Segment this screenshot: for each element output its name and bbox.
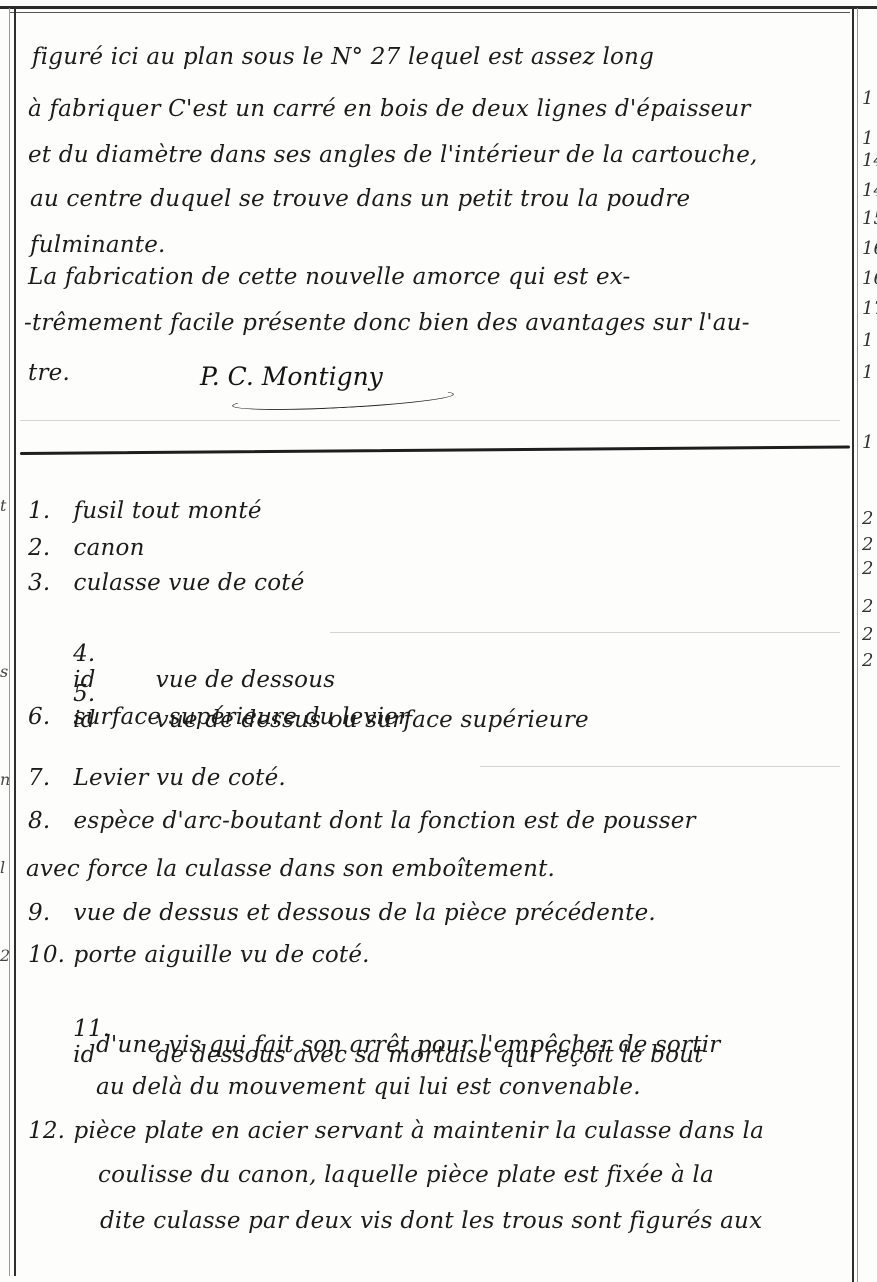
legend-item-text: canon: [74, 535, 145, 561]
manuscript-page: figuré ici au plan sous le N° 27 lequel …: [0, 0, 877, 1282]
text-line: fulminante.: [30, 232, 166, 258]
text-line: tre.: [28, 360, 70, 386]
margin-fragment: 15: [862, 208, 877, 229]
legend-item-continuation: dite culasse par deux vis dont les trous…: [100, 1208, 762, 1234]
text-line: -trêmement facile présente donc bien des…: [24, 310, 750, 336]
legend-item-number: 8.: [28, 808, 66, 834]
text-line: et du diamètre dans ses angles de l'inté…: [28, 142, 758, 168]
legend-item-number: 2.: [28, 535, 66, 561]
legend-item-number: 10.: [28, 942, 66, 968]
guide-line: [480, 766, 840, 767]
legend-item: 6. surface supérieure du levier: [28, 704, 409, 730]
right-margin-rule: [852, 8, 854, 1282]
margin-fragment: l: [0, 858, 10, 877]
legend-item-number: 1.: [28, 498, 66, 524]
legend-item-text: porte aiguille vu de coté.: [74, 942, 370, 968]
right-margin-rule-outer: [857, 8, 858, 1282]
legend-item-text: espèce d'arc-boutant dont la fonction es…: [74, 808, 696, 834]
margin-fragment: 2: [0, 946, 10, 965]
legend-item-text: vue de dessus et dessous de la pièce pré…: [74, 900, 656, 926]
legend-item-number: 3.: [28, 570, 66, 596]
margin-fragment: 1: [862, 88, 877, 109]
margin-fragment: 16: [862, 238, 877, 259]
margin-fragment: 2: [862, 596, 877, 617]
legend-item: 8. espèce d'arc-boutant dont la fonction…: [28, 808, 696, 834]
margin-fragment: 16: [862, 268, 877, 289]
legend-item: 9. vue de dessus et dessous de la pièce …: [28, 900, 656, 926]
legend-item-text: culasse vue de coté: [74, 570, 305, 596]
legend-item-text: fusil tout monté: [74, 498, 262, 524]
margin-fragment: 2: [862, 650, 877, 671]
signature: P. C. Montigny: [200, 362, 383, 391]
legend-item-text: surface supérieure du levier: [74, 704, 410, 730]
legend-item-continuation: avec force la culasse dans son emboîteme…: [26, 856, 555, 882]
legend-item-text: pièce plate en acier servant à maintenir…: [74, 1118, 764, 1144]
legend-item-continuation: au delà du mouvement qui lui est convena…: [96, 1074, 641, 1100]
guide-line: [20, 420, 840, 421]
legend-item: 12. pièce plate en acier servant à maint…: [28, 1118, 764, 1144]
legend-item: 7. Levier vu de coté.: [28, 765, 286, 791]
text-line: La fabrication de cette nouvelle amorce …: [28, 264, 631, 290]
left-margin-rule: [14, 8, 16, 1276]
legend-item: 2. canon: [28, 535, 145, 561]
text-line: figuré ici au plan sous le N° 27 lequel …: [32, 44, 654, 70]
margin-fragment: 2: [862, 624, 877, 645]
margin-fragment: t: [0, 496, 10, 515]
legend-item: 1. fusil tout monté: [28, 498, 262, 524]
margin-fragment: 1: [862, 128, 877, 149]
legend-item-number: 12.: [28, 1118, 66, 1144]
legend-item-text: Levier vu de coté.: [74, 765, 286, 791]
legend-item-number: 6.: [28, 704, 66, 730]
margin-fragment: 1: [862, 432, 877, 453]
legend-item-number: 7.: [28, 765, 66, 791]
margin-fragment: s: [0, 662, 10, 681]
text-line: à fabriquer C'est un carré en bois de de…: [28, 96, 751, 122]
legend-item-number: 9.: [28, 900, 66, 926]
margin-fragment: 2: [862, 534, 877, 555]
legend-item-continuation: coulisse du canon, laquelle pièce plate …: [98, 1162, 714, 1188]
margin-fragment: 14: [862, 150, 877, 171]
margin-fragment: 14.: [862, 180, 877, 201]
left-margin-rule-outer: [9, 8, 10, 1276]
margin-fragment: n: [0, 770, 10, 789]
margin-fragment: 2: [862, 558, 877, 579]
top-border-rule: [0, 6, 877, 9]
legend-item-continuation: d'une vis qui fait son arrêt pour l'empê…: [96, 1032, 720, 1058]
legend-item: 3. culasse vue de coté: [28, 570, 305, 596]
margin-fragment: 2: [862, 508, 877, 529]
guide-line: [330, 632, 840, 633]
margin-fragment: 1: [862, 362, 877, 383]
legend-item: 10. porte aiguille vu de coté.: [28, 942, 370, 968]
top-border-rule-inner: [10, 12, 850, 13]
margin-fragment: 1: [862, 330, 877, 351]
text-line: au centre duquel se trouve dans un petit…: [30, 186, 690, 212]
section-divider: [20, 445, 850, 455]
margin-fragment: 17: [862, 298, 877, 319]
